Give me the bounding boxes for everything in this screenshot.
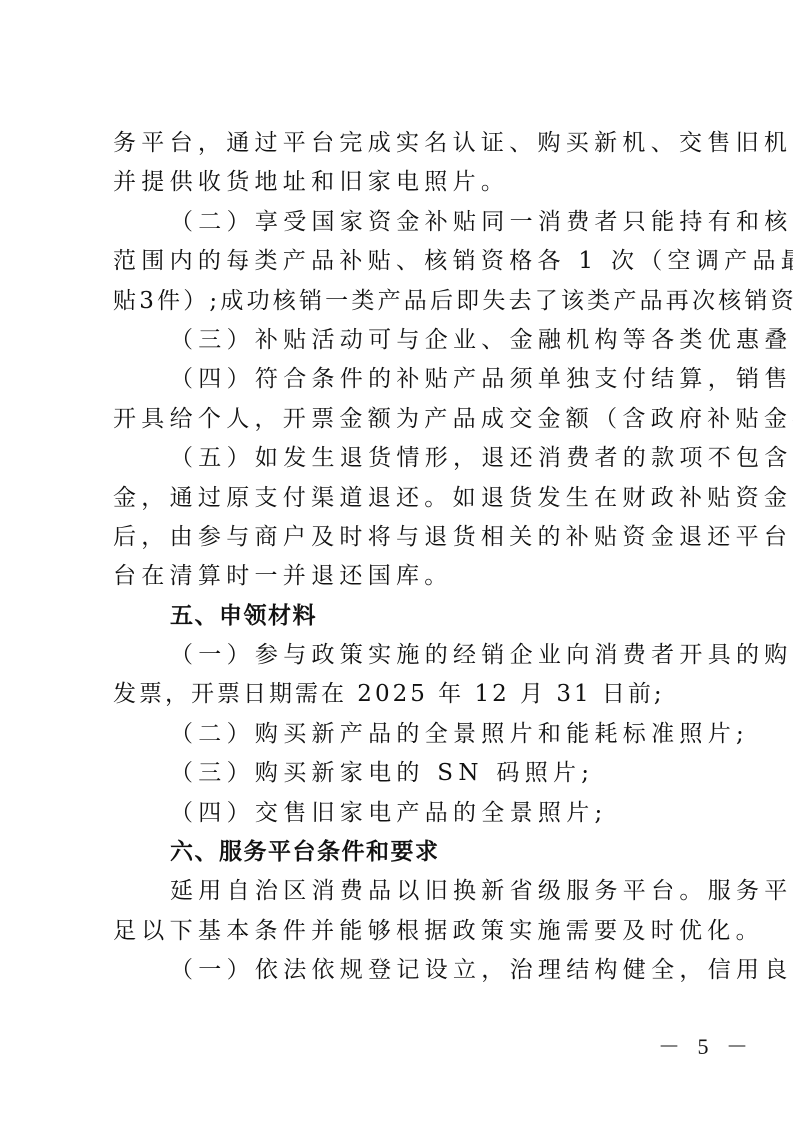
section-heading-5: 五、申领材料 (113, 597, 693, 636)
paragraph-2-start: （二）享受国家资金补贴同一消费者只能持有和核销政策 (113, 203, 693, 242)
page-number: － 5 － (658, 1030, 754, 1061)
section-heading-6: 六、服务平台条件和要求 (113, 833, 693, 872)
text-line: 开具给个人，开票金额为产品成交金额（含政府补贴金额）。 (113, 400, 693, 439)
text-line: 足以下基本条件并能够根据政策实施需要及时优化。 (113, 912, 693, 951)
paragraph-4-start: （四）符合条件的补贴产品须单独支付结算，销售发票须 (113, 360, 693, 399)
text-line: 贴3件）;成功核销一类产品后即失去了该类产品再次核销资格。 (113, 282, 693, 321)
paragraph-6-start: 延用自治区消费品以旧换新省级服务平台。服务平台需满 (113, 872, 693, 911)
list-item-4: （四）交售旧家电产品的全景照片; (113, 794, 693, 833)
document-page: 务平台，通过平台完成实名认证、购买新机、交售旧机和支付， 并提供收货地址和旧家电… (0, 0, 793, 1122)
text-line: 金，通过原支付渠道退还。如退货发生在财政补贴资金拨付以 (113, 479, 693, 518)
text-line: 后，由参与商户及时将与退货相关的补贴资金退还平台，由平 (113, 518, 693, 557)
text-line: 范围内的每类产品补贴、核销资格各 1 次（空调产品最多可补 (113, 242, 693, 281)
list-item-1-start: （一）参与政策实施的经销企业向消费者开具的购买产品 (113, 636, 693, 675)
document-body: 务平台，通过平台完成实名认证、购买新机、交售旧机和支付， 并提供收货地址和旧家电… (113, 124, 693, 991)
paragraph-3: （三）补贴活动可与企业、金融机构等各类优惠叠加。 (113, 321, 693, 360)
list-item-2: （二）购买新产品的全景照片和能耗标准照片; (113, 715, 693, 754)
text-line: 务平台，通过平台完成实名认证、购买新机、交售旧机和支付， (113, 124, 693, 163)
paragraph-5-start: （五）如发生退货情形，退还消费者的款项不包含补贴资 (113, 439, 693, 478)
text-line: 并提供收货地址和旧家电照片。 (113, 163, 693, 202)
text-line: 发票，开票日期需在 2025 年 12 月 31 日前; (113, 675, 693, 714)
requirement-1: （一）依法依规登记设立，治理结构健全，信用良好。 (113, 951, 693, 990)
text-line: 台在清算时一并退还国库。 (113, 557, 693, 596)
list-item-3: （三）购买新家电的 SN 码照片; (113, 754, 693, 793)
